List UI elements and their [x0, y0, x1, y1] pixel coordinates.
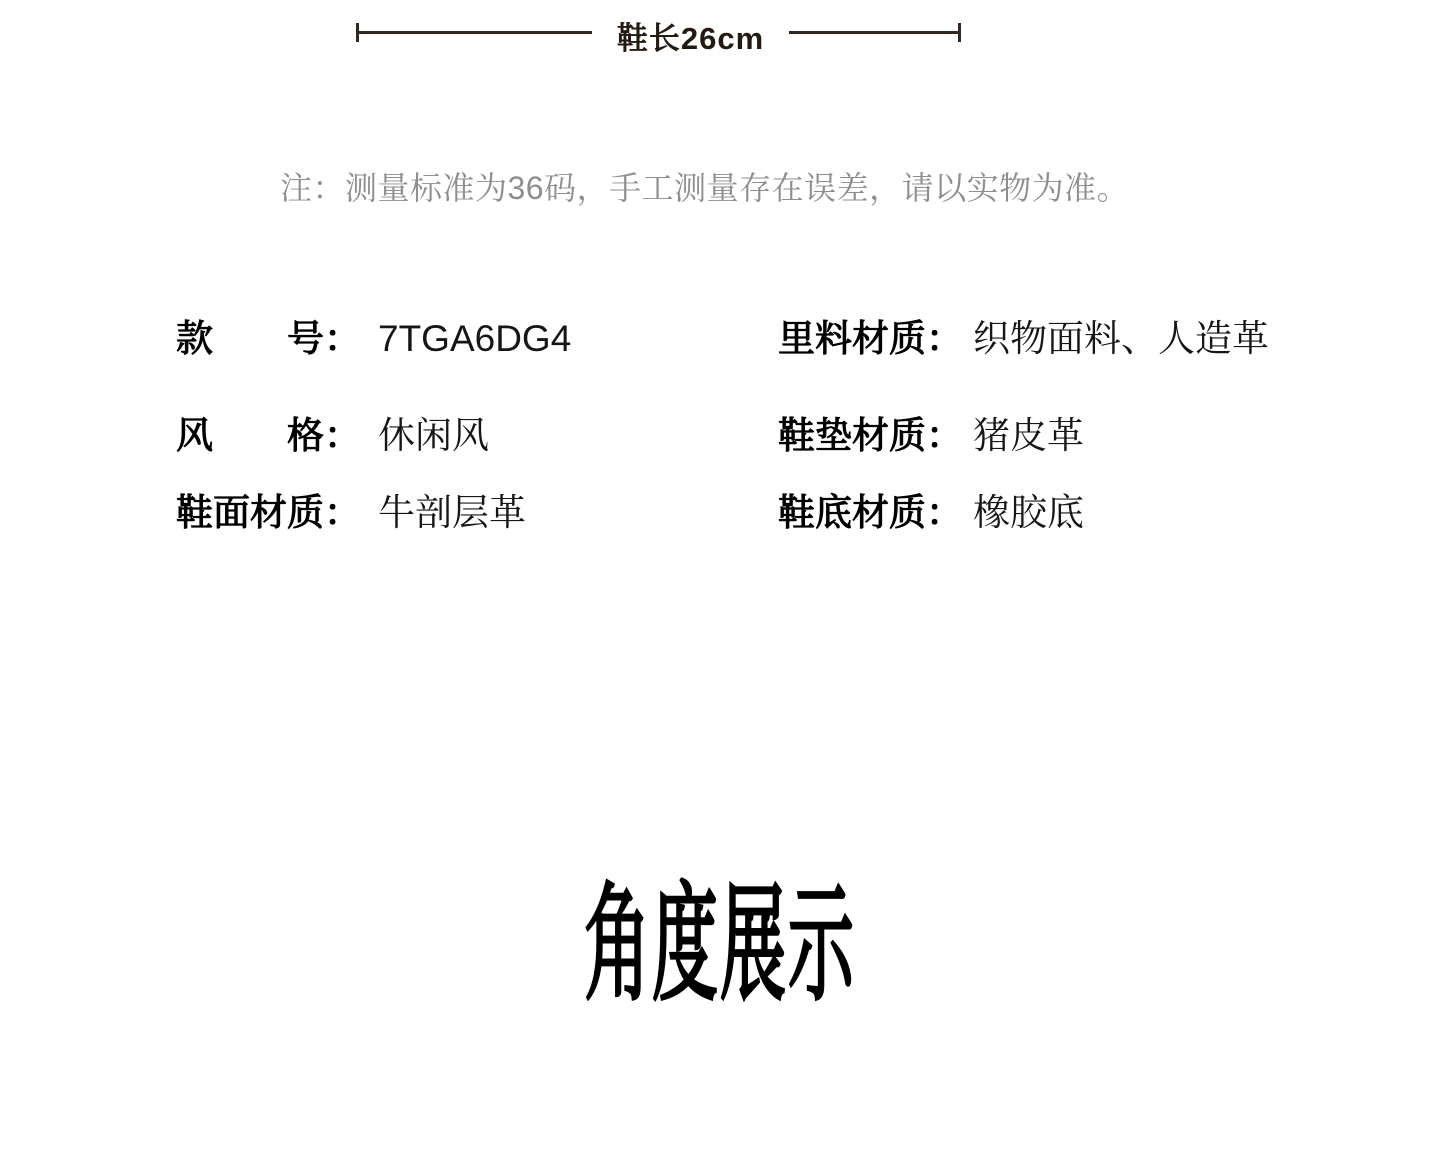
spec-row-lining-material: 里料材质： 织物面料、人造革 [0, 316, 1440, 362]
spec-label-lining-material: 里料材质： [778, 316, 963, 362]
spec-colon: ： [926, 415, 963, 456]
dimension-tick-right-icon [958, 23, 961, 42]
spec-label-text: 鞋垫材质 [778, 413, 926, 459]
spec-value-lining-material: 织物面料、人造革 [973, 316, 1269, 362]
spec-colon: ： [926, 492, 963, 533]
spec-label-text: 里料材质 [778, 316, 926, 362]
spec-label-text: 鞋底材质 [778, 490, 926, 536]
measurement-note: 注：测量标准为36码，手工测量存在误差，请以实物为准。 [280, 170, 1129, 206]
spec-colon: ： [926, 318, 963, 359]
dimension-line-left [358, 31, 592, 34]
dimension-line-right [789, 31, 960, 34]
product-spec-page: 鞋长26cm 注：测量标准为36码，手工测量存在误差，请以实物为准。 款号： 7… [0, 0, 1440, 1155]
spec-row-outsole-material: 鞋底材质： 橡胶底 [0, 490, 1440, 536]
shoe-length-label: 鞋长26cm [592, 13, 789, 58]
spec-label-insole-material: 鞋垫材质： [778, 413, 963, 459]
spec-value-outsole-material: 橡胶底 [973, 490, 1084, 536]
section-heading-angle-display: 角度展示 [0, 876, 1440, 1013]
spec-label-outsole-material: 鞋底材质： [778, 490, 963, 536]
spec-value-insole-material: 猪皮革 [973, 413, 1084, 459]
spec-row-insole-material: 鞋垫材质： 猪皮革 [0, 413, 1440, 459]
